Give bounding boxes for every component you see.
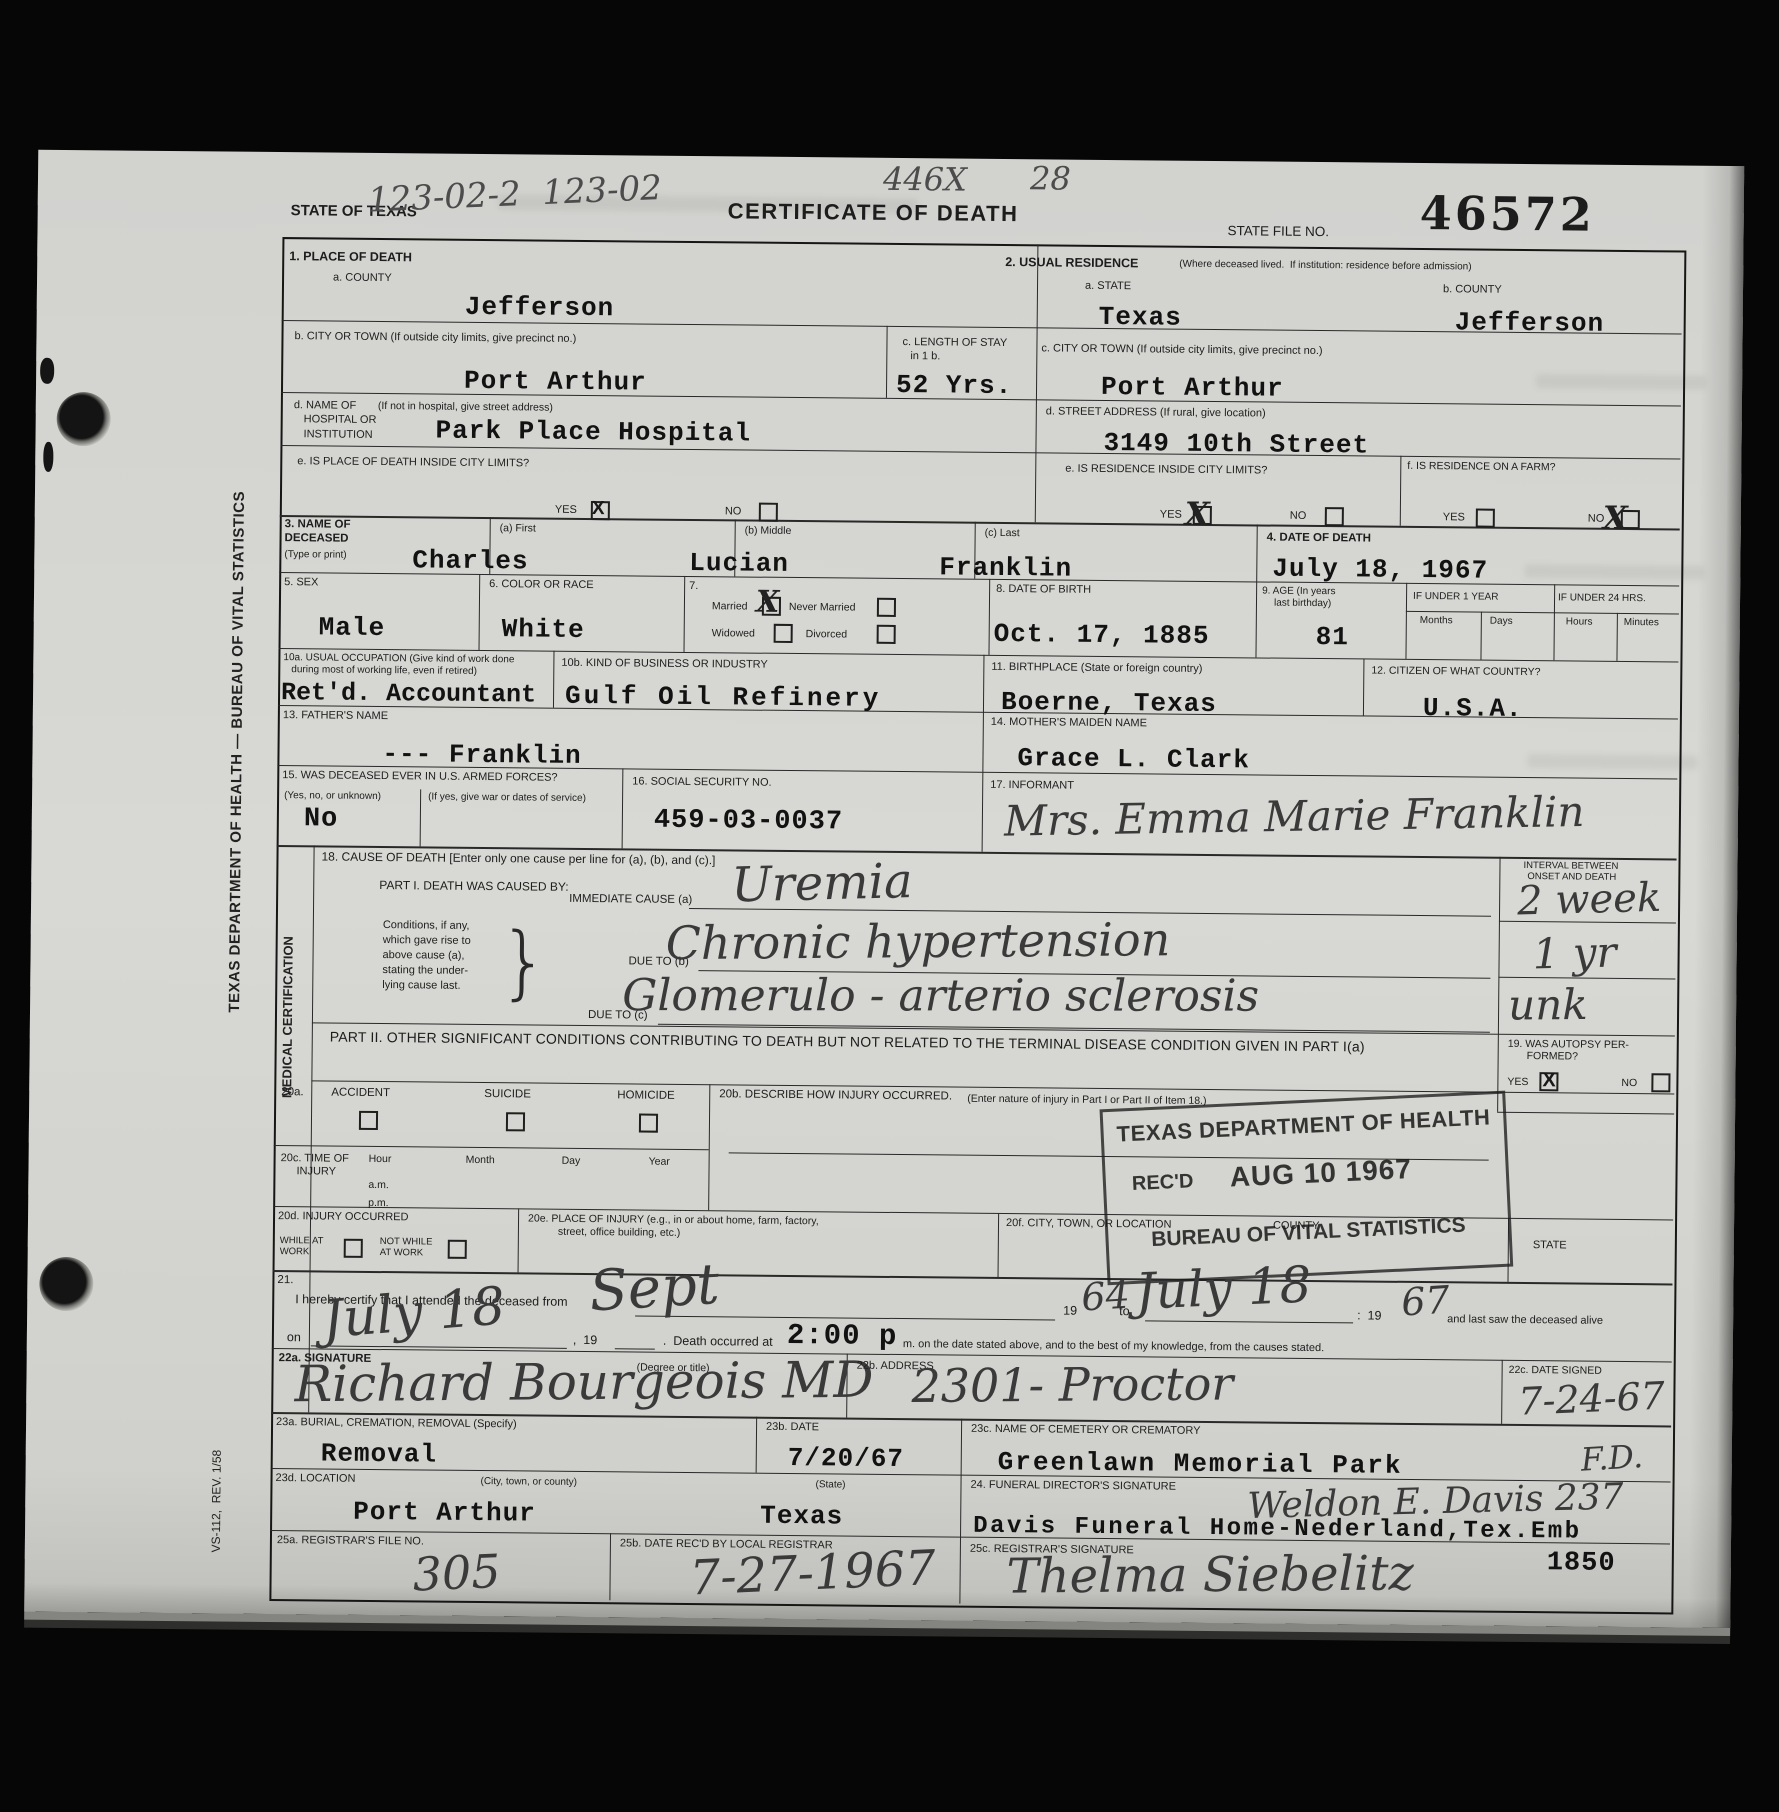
punch-hole-bottom <box>39 1257 94 1312</box>
residence-farm-yes-checkbox <box>1476 509 1495 528</box>
fd-handwritten: F.D. <box>1580 1437 1644 1479</box>
residence-city-limits-label: e. IS RESIDENCE INSIDE CITY LIMITS? <box>1065 463 1267 478</box>
injury-occurred-label: 20d. INJURY OCCURRED <box>278 1210 409 1224</box>
scanned-death-certificate: { "common": {"yes": "YES", "no": "NO", "… <box>0 0 1779 1812</box>
certificate-paper: TEXAS DEPARTMENT OF HEALTH — BUREAU OF V… <box>24 150 1744 1628</box>
conditions-brace: } <box>498 916 550 1008</box>
never-married-checkbox <box>877 598 896 617</box>
cause-c-handwritten: Glomerulo - arterio sclerosis <box>622 970 1259 1022</box>
yes-label: YES <box>1507 1076 1528 1088</box>
day-label: Day <box>562 1155 581 1167</box>
length-of-stay-label2: in 1 b. <box>910 350 940 363</box>
occupation-value: Ret'd. Accountant <box>281 678 536 709</box>
stamp-line1: TEXAS DEPARTMENT OF HEALTH <box>1103 1104 1504 1148</box>
first-name-label: (a) First <box>500 522 536 534</box>
mothers-maiden-name-label: 14. MOTHER'S MAIDEN NAME <box>991 716 1147 730</box>
middle-name-label: (b) Middle <box>745 525 792 538</box>
burial-value: Removal <box>321 1438 438 1469</box>
date-recd-handwritten: 7-27-1967 <box>689 1540 937 1606</box>
yes-label: YES <box>555 504 577 517</box>
homicide-checkbox <box>639 1114 658 1133</box>
part1-label: PART I. DEATH WAS CAUSED BY: <box>379 879 568 895</box>
registrar-signature-handwritten: Thelma Siebelitz <box>1006 1545 1414 1604</box>
armed-forces-note2: (If yes, give war or dates of service) <box>428 791 586 804</box>
informant-value-handwritten: Mrs. Emma Marie Franklin <box>1004 787 1585 846</box>
street-address-label: d. STREET ADDRESS (If rural, give locati… <box>1046 405 1266 420</box>
widowed-label: Widowed <box>712 627 755 639</box>
physician-signature-handwritten: Richard Bourgeois MD <box>294 1351 873 1414</box>
handwritten-top-code-b: 28 <box>1030 159 1071 197</box>
interval-c-handwritten: unk <box>1508 980 1588 1030</box>
middle-name-value: Lucian <box>689 548 789 579</box>
time-of-injury-label2: INJURY <box>296 1165 336 1178</box>
registrar-file-no-label: 25a. REGISTRAR'S FILE NO. <box>277 1534 424 1548</box>
handwritten-file-code: 123-02-2 123-02 <box>367 168 662 221</box>
sex-value: Male <box>319 612 386 643</box>
age-label1: 9. AGE (In years <box>1262 585 1335 597</box>
checkbox-x: X <box>592 498 605 520</box>
first-name-value: Charles <box>412 545 529 576</box>
describe-injury-note: (Enter nature of injury in Part I or Par… <box>967 1093 1206 1107</box>
attended-to-handwritten: July 18 <box>1134 1255 1312 1320</box>
paper-nick <box>43 442 53 472</box>
burial-label: 23a. BURIAL, CREMATION, REMOVAL (Specify… <box>276 1416 517 1431</box>
hospital-value: Park Place Hospital <box>435 416 751 449</box>
checkbox-x: X <box>1603 499 1628 537</box>
suicide-checkbox <box>506 1112 525 1131</box>
age-label2: last birthday) <box>1274 598 1331 610</box>
checkbox-x: X <box>1542 1069 1556 1092</box>
armed-forces-note1: (Yes, no, or unknown) <box>284 790 381 802</box>
death-occurred-text: . Death occurred at <box>663 1334 773 1349</box>
widowed-checkbox <box>774 624 793 643</box>
birthplace-label: 11. BIRTHPLACE (State or foreign country… <box>991 661 1202 676</box>
injury-state-label: STATE <box>1533 1239 1567 1252</box>
citizen-value: U.S.A. <box>1423 693 1523 724</box>
county-label: a. COUNTY <box>333 272 392 285</box>
married-label: Married <box>712 600 748 612</box>
certify-19-to: : 19 <box>1357 1308 1381 1323</box>
place-of-death-title: 1. PLACE OF DEATH <box>289 249 412 265</box>
item-20a-label: 20a. <box>281 1086 304 1099</box>
conditions-note-line: stating the under- <box>382 964 468 977</box>
date-of-death-value: July 18, 1967 <box>1272 554 1488 586</box>
ssn-label: 16. SOCIAL SECURITY NO. <box>632 775 771 789</box>
margin-department-caption: TEXAS DEPARTMENT OF HEALTH — BUREAU OF V… <box>225 382 249 1122</box>
under-24-hrs-title: IF UNDER 24 HRS. <box>1558 592 1646 604</box>
accident-label: ACCIDENT <box>331 1087 390 1101</box>
citizen-label: 12. CITIZEN OF WHAT COUNTRY? <box>1371 665 1540 679</box>
certify-text-5: and last saw the deceased alive <box>1447 1313 1603 1327</box>
attended-from-handwritten: Sept <box>588 1252 722 1325</box>
residence-city-value: Port Arthur <box>1101 372 1284 404</box>
certify-comma-19: , 19 <box>573 1333 597 1348</box>
checkbox-x: X <box>1185 495 1210 533</box>
certificate-title: CERTIFICATE OF DEATH <box>728 198 1019 226</box>
place-of-injury-label2: street, office building, etc.) <box>558 1226 680 1239</box>
location-label: 23d. LOCATION <box>275 1472 355 1485</box>
margin-form-code: VS-112, REV. 1/58 <box>208 1406 224 1596</box>
cemetery-label: 23c. NAME OF CEMETERY OR CREMATORY <box>971 1423 1201 1438</box>
industry-value: Gulf Oil Refinery <box>565 681 882 714</box>
cause-a-handwritten: Uremia <box>731 853 914 914</box>
yes-label: YES <box>1443 511 1465 524</box>
residence-county-label: b. COUNTY <box>1443 283 1502 296</box>
county-value: Jefferson <box>465 292 615 323</box>
no-label: NO <box>725 505 742 518</box>
stamp-recd: REC'D <box>1132 1170 1194 1196</box>
residence-farm-label: f. IS RESIDENCE ON A FARM? <box>1407 460 1555 473</box>
stamp-line3: BUREAU OF VITAL STATISTICS <box>1108 1212 1509 1254</box>
residence-county-value: Jefferson <box>1455 307 1605 338</box>
marital-label: 7. <box>689 580 698 593</box>
location-city-value: Port Arthur <box>353 1497 536 1529</box>
month-label: Month <box>466 1154 495 1166</box>
months-label: Months <box>1420 615 1453 627</box>
date-of-birth-value: Oct. 17, 1885 <box>994 619 1210 651</box>
stamp-date: AUG 10 1967 <box>1229 1153 1413 1193</box>
hospital-label: d. NAME OF <box>294 399 356 412</box>
armed-forces-label: 15. WAS DECEASED EVER IN U.S. ARMED FORC… <box>282 769 557 784</box>
year-label: Year <box>649 1156 670 1168</box>
time-of-injury-label1: 20c. TIME OF <box>281 1152 349 1165</box>
describe-injury-label: 20b. DESCRIBE HOW INJURY OCCURRED. <box>719 1088 952 1103</box>
suicide-label: SUICIDE <box>484 1088 531 1102</box>
checkbox-x: X <box>756 585 780 620</box>
residence-city-label: c. CITY OR TOWN (If outside city limits,… <box>1041 342 1322 357</box>
length-of-stay-value: 52 Yrs. <box>896 370 1013 401</box>
residence-state-label: a. STATE <box>1085 280 1131 293</box>
color-race-label: 6. COLOR OR RACE <box>489 578 594 592</box>
death-city-limits-label: e. IS PLACE OF DEATH INSIDE CITY LIMITS? <box>297 455 529 470</box>
fathers-name-value: --- Franklin <box>382 739 582 771</box>
hospital-label2: HOSPITAL OR <box>304 413 377 426</box>
certify-19-from: 19 <box>1063 1304 1077 1319</box>
burial-date-label: 23b. DATE <box>766 1421 819 1434</box>
autopsy-label2: FORMED? <box>1527 1050 1578 1063</box>
hospital-label3: INSTITUTION <box>304 428 373 441</box>
location-state-value: Texas <box>760 1501 843 1532</box>
name-of-deceased-title2: DECEASED <box>285 532 349 546</box>
hour-label: Hour <box>369 1153 392 1165</box>
item-21-number: 21. <box>277 1274 293 1287</box>
under-1-year-title: IF UNDER 1 YEAR <box>1413 591 1498 603</box>
registrar-file-no-handwritten: 305 <box>412 1544 502 1602</box>
punch-hole-top <box>56 392 111 447</box>
not-while-at-work-check <box>448 1240 467 1259</box>
location-note2: (State) <box>815 1479 845 1491</box>
address-handwritten: 2301- Proctor <box>911 1356 1233 1413</box>
cemetery-value: Greenlawn Memorial Park <box>998 1447 1403 1481</box>
sex-label: 5. SEX <box>284 576 318 589</box>
name-of-deceased-title1: 3. NAME OF <box>285 518 351 532</box>
color-race-value: White <box>502 614 585 645</box>
ssn-value: 459-03-0037 <box>654 806 844 838</box>
not-while-at-work-label2: AT WORK <box>380 1248 424 1259</box>
immediate-cause-label: IMMEDIATE CAUSE (a) <box>569 893 692 907</box>
conditions-note-line: above cause (a), <box>383 949 465 962</box>
armed-forces-value: No <box>304 804 339 834</box>
divorced-checkbox <box>877 625 896 644</box>
while-at-work-label2: WORK <box>280 1247 310 1258</box>
last-name-value: Franklin <box>939 552 1072 583</box>
burial-date-value: 7/20/67 <box>788 1443 905 1474</box>
certify-on: on <box>287 1330 301 1345</box>
street-address-value: 3149 10th Street <box>1103 428 1369 461</box>
length-of-stay-label: c. LENGTH OF STAY <box>902 336 1007 350</box>
location-note1: (City, town, or county) <box>480 1476 577 1488</box>
homicide-label: HOMICIDE <box>617 1089 675 1103</box>
fathers-name-label: 13. FATHER'S NAME <box>283 709 388 723</box>
age-value: 81 <box>1316 622 1350 652</box>
death-city-limits-no-checkbox <box>759 503 778 522</box>
funeral-director-label: 24. FUNERAL DIRECTOR'S SIGNATURE <box>970 1479 1176 1494</box>
am-label: a.m. <box>368 1179 389 1191</box>
hours-label: Hours <box>1566 616 1593 628</box>
informant-label: 17. INFORMANT <box>990 779 1074 792</box>
paper-nick <box>40 358 54 384</box>
mothers-maiden-name-value: Grace L. Clark <box>1017 743 1250 775</box>
residence-city-limits-no-checkbox <box>1325 507 1344 526</box>
yes-label: YES <box>1160 508 1182 521</box>
usual-residence-title: 2. USUAL RESIDENCE <box>1005 255 1138 271</box>
to-year-handwritten: 67 <box>1400 1278 1451 1325</box>
industry-label: 10b. KIND OF BUSINESS OR INDUSTRY <box>561 657 768 672</box>
date-signed-label: 22c. DATE SIGNED <box>1509 1364 1602 1377</box>
state-file-no-value: 46572 <box>1419 187 1595 242</box>
hospital-note: (If not in hospital, give street address… <box>378 400 553 414</box>
minutes-label: Minutes <box>1624 617 1659 629</box>
conditions-note-line: Conditions, if any, <box>383 919 470 932</box>
divorced-label: Divorced <box>806 628 848 640</box>
date-of-death-label: 4. DATE OF DEATH <box>1267 532 1371 546</box>
city-value: Port Arthur <box>464 366 647 398</box>
funeral-home-no-value: 1850 <box>1547 1548 1616 1579</box>
city-label: b. CITY OR TOWN (If outside city limits,… <box>294 330 576 345</box>
while-at-work-checkbox <box>344 1239 363 1258</box>
certify-to: to <box>1119 1304 1130 1318</box>
residence-state-value: Texas <box>1099 302 1182 333</box>
last-name-label: (c) Last <box>985 527 1020 539</box>
death-time-value: 2:00 p <box>787 1319 898 1353</box>
pm-label: p.m. <box>368 1197 389 1209</box>
interval-b-handwritten: 1 yr <box>1532 927 1617 978</box>
date-signed-handwritten: 7-24-67 <box>1517 1374 1665 1424</box>
date-of-birth-label: 8. DATE OF BIRTH <box>996 583 1091 597</box>
accident-checkbox <box>359 1111 378 1130</box>
conditions-note-line: lying cause last. <box>382 979 460 992</box>
autopsy-no-checkbox <box>1651 1073 1670 1092</box>
no-label: NO <box>1621 1077 1637 1089</box>
occupation-label2: during most of working life, even if ret… <box>291 664 477 677</box>
days-label: Days <box>1490 616 1513 628</box>
state-file-no-label: STATE FILE NO. <box>1227 223 1329 239</box>
name-of-deceased-title3: (Type or print) <box>284 549 346 561</box>
conditions-note-line: which gave rise to <box>383 934 471 947</box>
cause-b-handwritten: Chronic hypertension <box>666 912 1171 970</box>
handwritten-top-code-a: 446X <box>883 160 967 199</box>
interval-a-handwritten: 2 week <box>1517 875 1662 925</box>
no-label: NO <box>1290 510 1307 523</box>
birthplace-value: Boerne, Texas <box>1001 687 1217 719</box>
never-married-label: Never Married <box>789 601 856 614</box>
